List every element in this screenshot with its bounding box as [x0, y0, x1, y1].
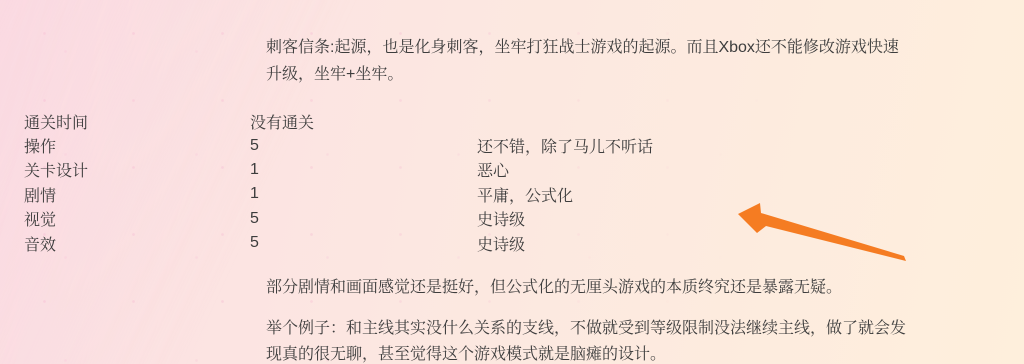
table-row: 关卡设计 1 恶心: [24, 158, 984, 182]
rating-label: 音效: [24, 232, 250, 255]
review-page: { "page": { "background_left_color": "#f…: [0, 0, 1024, 364]
rating-label: 视觉: [24, 207, 250, 230]
summary-paragraph: 部分剧情和画面感觉还是挺好，但公式化的无厘头游戏的本质终究还是暴露无疑。: [266, 274, 842, 301]
rating-comment: 平庸，公式化: [477, 183, 984, 206]
table-row: 通关时间 没有通关: [24, 109, 984, 133]
rating-comment: 还不错，除了马儿不听话: [477, 134, 984, 157]
intro-paragraph: 刺客信条:起源，也是化身刺客，坐牢打狂战士游戏的起源。而且Xbox还不能修改游戏…: [266, 34, 899, 88]
intro-line-2: 升级，坐牢+坐牢。: [266, 61, 899, 88]
rating-score: 没有通关: [250, 110, 477, 133]
table-row: 视觉 5 史诗级: [24, 207, 984, 231]
summary-line: 部分剧情和画面感觉还是挺好，但公式化的无厘头游戏的本质终究还是暴露无疑。: [266, 274, 842, 301]
rating-label: 剧情: [24, 183, 250, 206]
rating-comment: 史诗级: [477, 207, 984, 230]
table-row: 剧情 1 平庸，公式化: [24, 182, 984, 206]
example-line-1: 举个例子：和主线其实没什么关系的支线，不做就受到等级限制没法继续主线，做了就会发: [266, 316, 906, 342]
intro-line-1: 刺客信条:起源，也是化身刺客，坐牢打狂战士游戏的起源。而且Xbox还不能修改游戏…: [266, 34, 899, 61]
example-paragraph: 举个例子：和主线其实没什么关系的支线，不做就受到等级限制没法继续主线，做了就会发…: [266, 316, 906, 364]
rating-score: 5: [250, 234, 477, 252]
rating-comment: 史诗级: [477, 232, 984, 255]
ratings-table: 通关时间 没有通关 操作 5 还不错，除了马儿不听话 关卡设计 1 恶心 剧情 …: [24, 109, 984, 255]
rating-score: 5: [250, 210, 477, 228]
rating-label: 通关时间: [24, 110, 250, 133]
rating-score: 5: [250, 137, 477, 155]
rating-comment: 恶心: [477, 158, 984, 181]
rating-label: 操作: [24, 134, 250, 157]
table-row: 音效 5 史诗级: [24, 231, 984, 255]
table-row: 操作 5 还不错，除了马儿不听话: [24, 133, 984, 157]
rating-score: 1: [250, 161, 477, 179]
example-line-2: 现真的很无聊，甚至觉得这个游戏模式就是脑瘫的设计。: [266, 342, 906, 364]
rating-score: 1: [250, 185, 477, 203]
rating-label: 关卡设计: [24, 158, 250, 181]
